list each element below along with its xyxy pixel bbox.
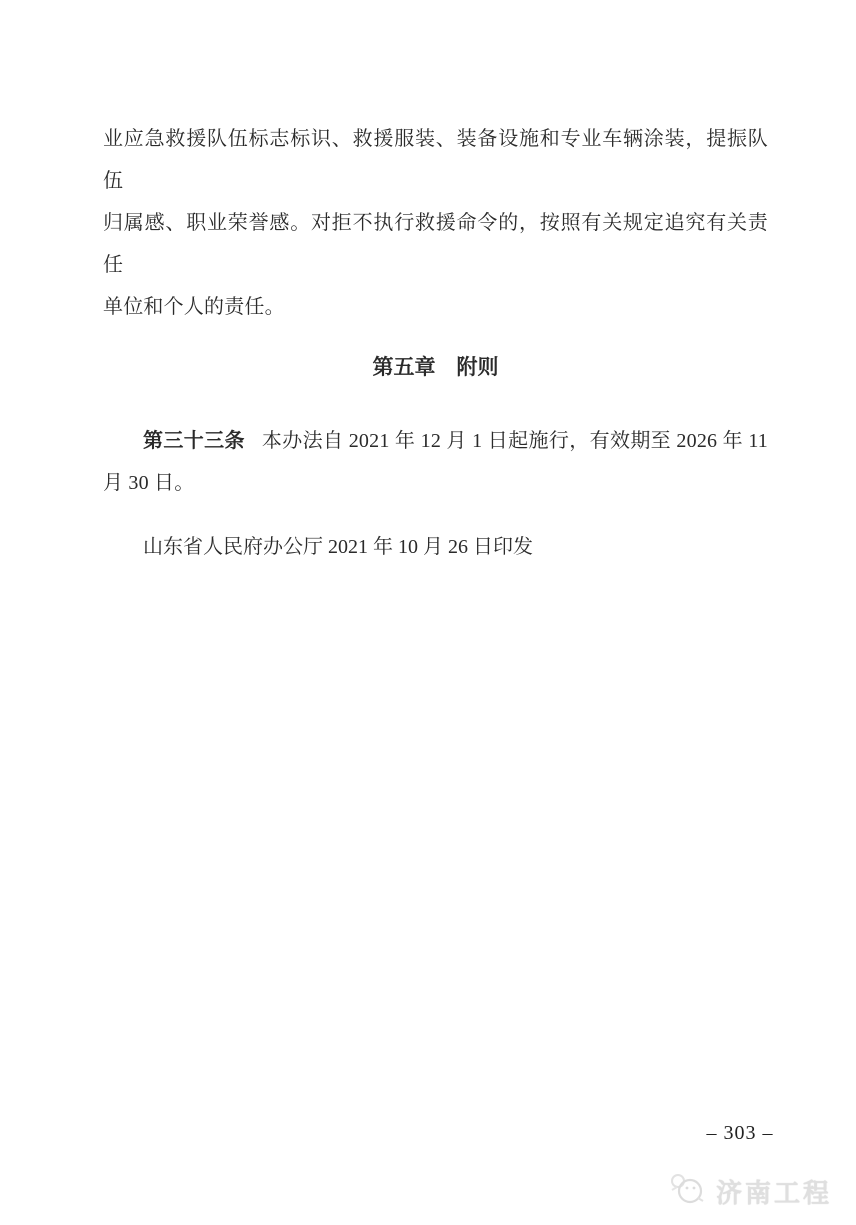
- issuance-line: 山东省人民府办公厅 2021 年 10 月 26 日印发: [103, 526, 768, 568]
- paragraph-line: 业应急救援队伍标志标识、救援服装、装备设施和专业车辆涂装，提振队伍: [103, 118, 768, 202]
- article-number-label: 第三十三条: [143, 430, 245, 452]
- article-33-paragraph: 第三十三条本办法自 2021 年 12 月 1 日起施行，有效期至 2026 年…: [103, 420, 768, 504]
- cartoon-face-logo-icon: [668, 1172, 708, 1211]
- watermark-text: 济南工程: [716, 1173, 832, 1210]
- paragraph-line: 归属感、职业荣誉感。对拒不执行救援命令的，按照有关规定追究有关责任: [103, 202, 768, 286]
- document-text-block: 业应急救援队伍标志标识、救援服装、装备设施和专业车辆涂装，提振队伍 归属感、职业…: [103, 118, 768, 568]
- article-line: 第三十三条本办法自 2021 年 12 月 1 日起施行，有效期至 2026 年…: [103, 420, 768, 462]
- watermark: 济南工程: [668, 1172, 832, 1211]
- chapter-heading: 第五章 附则: [103, 346, 768, 388]
- paragraph-line: 单位和个人的责任。: [103, 286, 768, 328]
- document-page: 业应急救援队伍标志标识、救援服装、装备设施和专业车辆涂装，提振队伍 归属感、职业…: [0, 0, 856, 1225]
- article-line: 月 30 日。: [103, 462, 768, 504]
- body-paragraph: 业应急救援队伍标志标识、救援服装、装备设施和专业车辆涂装，提振队伍 归属感、职业…: [103, 118, 768, 328]
- article-text: 本办法自 2021 年 12 月 1 日起施行，有效期至 2026 年 11: [262, 430, 768, 452]
- page-number: – 303 –: [690, 1122, 790, 1145]
